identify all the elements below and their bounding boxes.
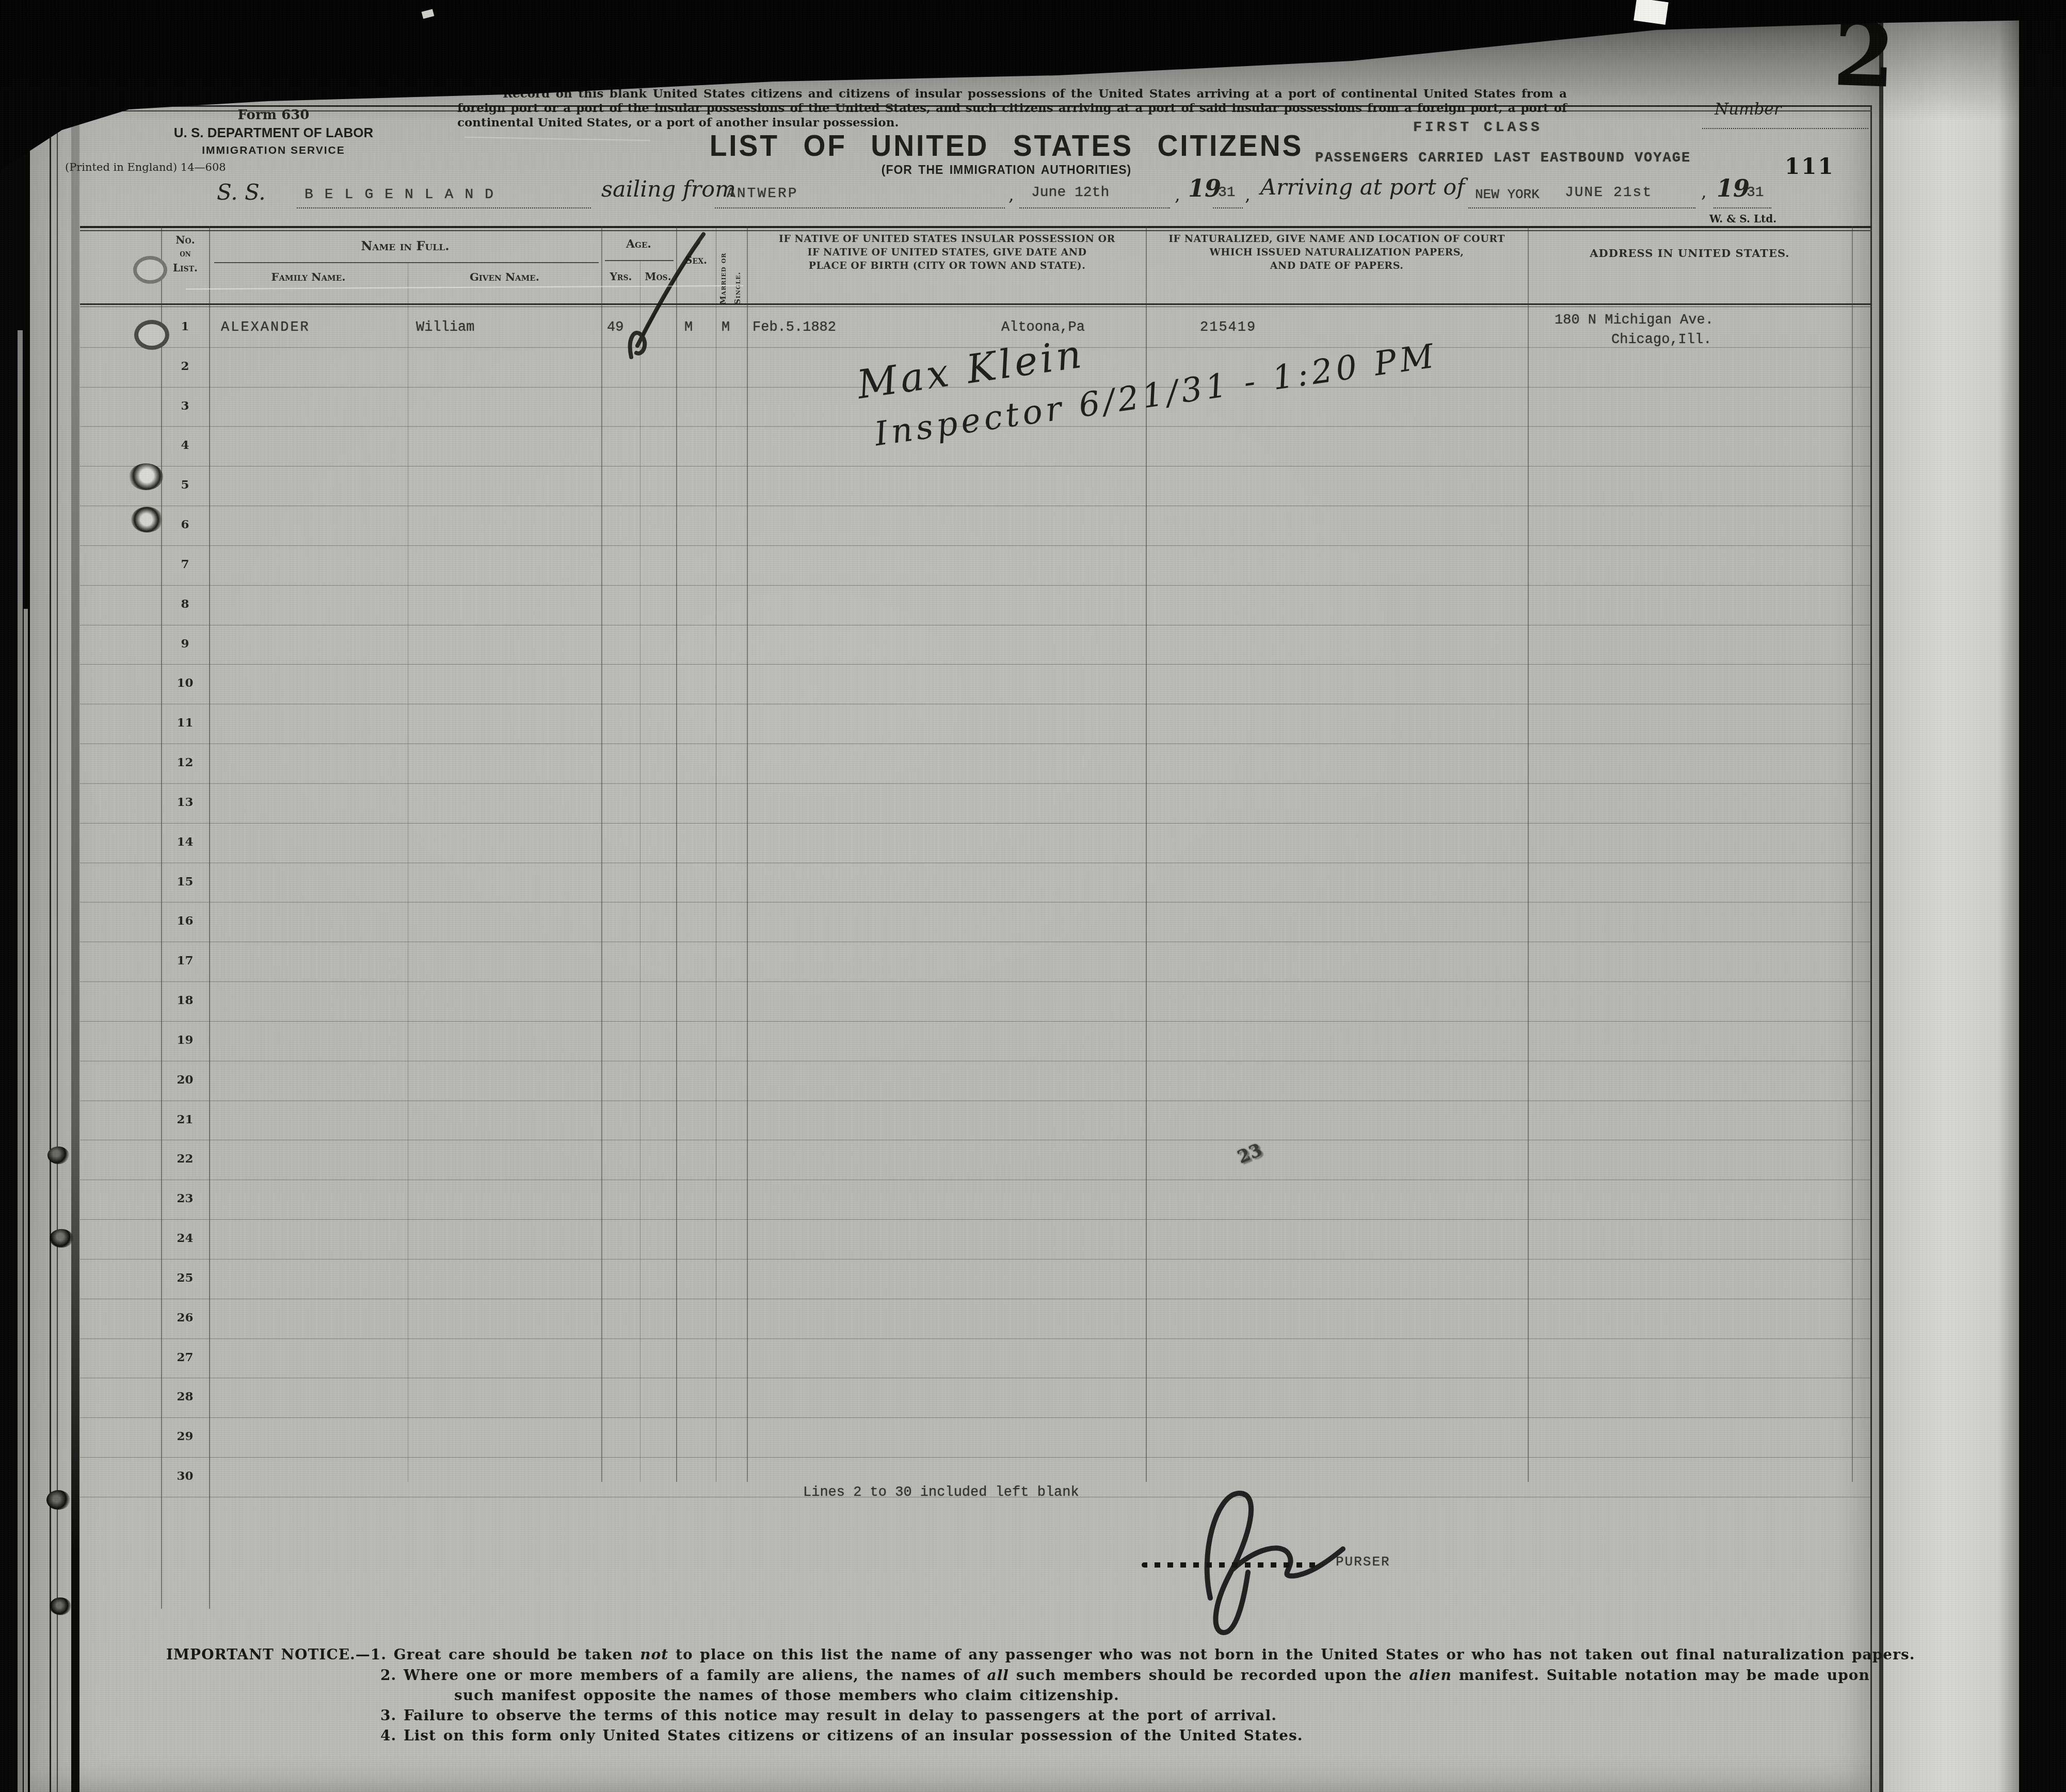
- row-number: 16: [161, 914, 209, 928]
- printed-in-england-note: (Printed in England) 14—608: [65, 161, 226, 173]
- punch-hole: [46, 1490, 70, 1510]
- header-given-name: Given Name.: [408, 270, 601, 283]
- department-name: U. S. DEPARTMENT OF LABOR: [170, 125, 377, 141]
- cell-given-name: William: [416, 320, 474, 335]
- ss-label: S. S.: [217, 180, 266, 205]
- notice-line: IMPORTANT NOTICE.—1. Great care should b…: [166, 1646, 1915, 1663]
- table-row: 18: [80, 982, 1871, 1022]
- page-number: 111: [1785, 154, 1835, 179]
- header-no-on-list: No. on List.: [162, 233, 209, 275]
- table-row: 19: [80, 1022, 1871, 1061]
- year-printed-19: 19: [1188, 174, 1221, 202]
- row-number: 22: [161, 1152, 209, 1166]
- row-number: 28: [161, 1390, 209, 1403]
- table-row: 28: [80, 1378, 1871, 1418]
- sailing-from-label: sailing from: [601, 176, 736, 202]
- port-of-arrival: NEW YORK: [1475, 187, 1540, 202]
- punch-hole: [47, 1147, 69, 1164]
- notice-text-run: alien: [1409, 1667, 1452, 1684]
- scanned-manifest-page: Form 630 U. S. DEPARTMENT OF LABOR IMMIG…: [0, 0, 2066, 1792]
- arrival-line: [1468, 207, 1695, 208]
- cell-address-line1: 180 N Michigan Ave.: [1555, 313, 1713, 328]
- table-row: 29: [80, 1418, 1871, 1458]
- row-number: 11: [161, 716, 209, 730]
- notice-text-run: 3. Failure to observe the terms of this …: [380, 1707, 1277, 1724]
- arrival-year: 31: [1747, 185, 1764, 201]
- table-row: 11: [80, 704, 1871, 744]
- notice-line: 3. Failure to observe the terms of this …: [380, 1707, 1277, 1724]
- notice-text-run: such members should be recorded upon the: [1009, 1667, 1409, 1684]
- row-number: 9: [161, 637, 209, 651]
- row-number: 27: [161, 1350, 209, 1364]
- table-row: 16: [80, 902, 1871, 942]
- row-number: 14: [161, 835, 209, 849]
- comma: ,: [1245, 185, 1251, 205]
- departure-date-line: [1019, 207, 1170, 208]
- table-row: 25: [80, 1260, 1871, 1299]
- row-number: 7: [161, 557, 209, 571]
- departure-year: 31: [1218, 185, 1236, 201]
- header-line: IF NATURALIZED, GIVE NAME AND LOCATION O…: [1149, 232, 1525, 246]
- comma: ,: [1701, 182, 1707, 202]
- table-row: 12: [80, 744, 1871, 784]
- record-instructions: Record on this blank United States citiz…: [457, 87, 1567, 130]
- printer-mark: W. & S. Ltd.: [1709, 213, 1776, 225]
- header-line: No.: [162, 233, 209, 247]
- header-line: on: [162, 247, 209, 261]
- row-number: 18: [161, 993, 209, 1007]
- comma: ,: [1008, 185, 1014, 205]
- departure-line: [715, 207, 1005, 208]
- ship-name-line: [297, 207, 591, 208]
- header-family-name: Family Name.: [210, 270, 407, 283]
- notice-text-run: such manifest opposite the names of thos…: [454, 1687, 1119, 1704]
- cell-naturalization-number: 215419: [1200, 320, 1256, 335]
- header-married-or-single: Single.: [733, 231, 742, 304]
- table-rows: 1234567891011121314151617181920212223242…: [80, 308, 1871, 1497]
- punch-hole: [133, 256, 167, 284]
- ship-name: BELGENLAND: [305, 187, 505, 203]
- ink-checkmark: [612, 227, 715, 361]
- row-number: 23: [161, 1191, 209, 1205]
- number-dotted-line: [1702, 128, 1868, 129]
- row-number: 5: [161, 478, 209, 492]
- under-page-edge: [18, 330, 23, 1792]
- notice-text-run: IMPORTANT NOTICE.—1. Great care should b…: [166, 1646, 640, 1663]
- table-row: 20: [80, 1061, 1871, 1101]
- frame-line: [57, 105, 58, 1792]
- row-number: 3: [161, 399, 209, 413]
- arriving-label: Arriving at port of: [1260, 174, 1465, 200]
- number-label: Number: [1715, 100, 1782, 119]
- year-printed-19: 19: [1717, 174, 1750, 202]
- punch-hole: [134, 320, 169, 350]
- row-number: 24: [161, 1231, 209, 1245]
- row-number: 10: [161, 676, 209, 690]
- header-bottom-rule: [80, 306, 1872, 307]
- arrival-date: JUNE 21st: [1565, 185, 1652, 201]
- header-address: ADDRESS IN UNITED STATES.: [1531, 247, 1849, 260]
- row-number: 25: [161, 1271, 209, 1285]
- punch-hole: [129, 463, 163, 490]
- table-row: 15: [80, 863, 1871, 903]
- table-row: 10: [80, 665, 1871, 704]
- row-number: 21: [161, 1112, 209, 1126]
- notice-text-run: manifest. Suitable notation may be made …: [1452, 1667, 1870, 1684]
- cell-address-line2: Chicago,Ill.: [1611, 332, 1711, 348]
- row-number: 20: [161, 1073, 209, 1087]
- header-name-in-full: Name in Full.: [210, 238, 600, 253]
- row-number: 12: [161, 755, 209, 769]
- adjacent-page-edge: [1883, 15, 2019, 1792]
- table-row: 13: [80, 784, 1871, 824]
- header-line: PLACE OF BIRTH (CITY OR TOWN AND STATE).: [751, 259, 1143, 272]
- table-row: 24: [80, 1220, 1871, 1260]
- paper-edge-shadow: [1879, 15, 1883, 1792]
- page-title: LIST OF UNITED STATES CITIZENS: [666, 129, 1347, 163]
- notice-text-run: all: [987, 1667, 1009, 1684]
- row-number: 4: [161, 438, 209, 452]
- header-divider: [214, 262, 599, 263]
- purser-label: PURSER: [1336, 1554, 1390, 1570]
- table-row: 6: [80, 506, 1871, 546]
- row-number: 17: [161, 954, 209, 967]
- row-number: 8: [161, 597, 209, 611]
- row-number: 15: [161, 875, 209, 889]
- table-top-rule: [80, 226, 1872, 228]
- table-row: 17: [80, 942, 1871, 982]
- header-naturalization: IF NATURALIZED, GIVE NAME AND LOCATION O…: [1149, 232, 1525, 272]
- cell-married-single: M: [722, 320, 730, 335]
- blank-lines-note: Lines 2 to 30 included left blank: [803, 1485, 1079, 1500]
- row-number: 13: [161, 795, 209, 809]
- class-line: FIRST CLASS: [1413, 120, 1543, 136]
- notice-text-run: not: [640, 1646, 668, 1663]
- table-row: 9: [80, 625, 1871, 665]
- header-birth: IF NATIVE OF UNITED STATES INSULAR POSSE…: [751, 232, 1143, 272]
- notice-line: such manifest opposite the names of thos…: [454, 1687, 1119, 1704]
- frame-line: [50, 105, 51, 1792]
- table-row: 5: [80, 466, 1871, 506]
- table-row: 26: [80, 1299, 1871, 1339]
- punch-hole: [50, 1597, 71, 1615]
- departure-date: June 12th: [1031, 185, 1109, 201]
- port-of-departure: ANTWERP: [727, 186, 798, 202]
- table-top-rule: [80, 230, 1872, 231]
- row-number: 26: [161, 1311, 209, 1325]
- table-row: 22: [80, 1140, 1871, 1180]
- form-number-block: Form 630 U. S. DEPARTMENT OF LABOR IMMIG…: [170, 107, 377, 157]
- notice-text-run: to place on this list the name of any pa…: [668, 1646, 1915, 1663]
- row-number: 30: [161, 1469, 209, 1483]
- header-line: List.: [162, 261, 209, 275]
- cell-family-name: ALEXANDER: [221, 320, 310, 335]
- punch-hole: [131, 507, 163, 532]
- header-line: AND DATE OF PAPERS.: [1149, 259, 1525, 272]
- header-line: IF NATIVE OF UNITED STATES, GIVE DATE AN…: [751, 246, 1143, 259]
- header-line: WHICH ISSUED NATURALIZATION PAPERS,: [1149, 246, 1525, 259]
- header-line: IF NATIVE OF UNITED STATES INSULAR POSSE…: [751, 232, 1143, 246]
- arrival-year-line: [1713, 207, 1771, 208]
- comma: ,: [1175, 185, 1180, 205]
- punch-hole: [50, 1229, 73, 1248]
- table-row: 27: [80, 1339, 1871, 1379]
- form-number: Form 630: [170, 107, 377, 123]
- header-bottom-rule: [80, 303, 1872, 305]
- row-number: 2: [161, 359, 209, 373]
- notice-text-run: 4. List on this form only United States …: [380, 1727, 1303, 1744]
- page-subtitle: (FOR THE IMMIGRATION AUTHORITIES): [655, 163, 1357, 177]
- table-row: 7: [80, 546, 1871, 586]
- under-page-edge: [24, 609, 28, 1792]
- paper-scrap: [1633, 0, 1669, 25]
- service-name: IMMIGRATION SERVICE: [170, 144, 377, 157]
- table-row: 8: [80, 586, 1871, 625]
- eastbound-voyage-line: PASSENGERS CARRIED LAST EASTBOUND VOYAGE: [1315, 151, 1691, 166]
- purser-dotted-line: [1142, 1562, 1323, 1568]
- cell-birth-date: Feb.5.1882: [752, 320, 836, 335]
- table-row: 23: [80, 1180, 1871, 1220]
- header-married-or-single: Married or: [718, 231, 728, 304]
- row-number: 19: [161, 1033, 209, 1047]
- purser-signature: [1172, 1472, 1357, 1637]
- departure-year-line: [1213, 207, 1243, 208]
- table-row: 14: [80, 824, 1871, 863]
- binding-shadow: [71, 105, 79, 1792]
- table-row: 21: [80, 1101, 1871, 1141]
- notice-line: 4. List on this form only United States …: [380, 1727, 1303, 1744]
- notice-line: 2. Where one or more members of a family…: [380, 1667, 1870, 1684]
- row-number: 29: [161, 1429, 209, 1443]
- row-number: 6: [161, 518, 209, 531]
- notice-text-run: 2. Where one or more members of a family…: [380, 1667, 987, 1684]
